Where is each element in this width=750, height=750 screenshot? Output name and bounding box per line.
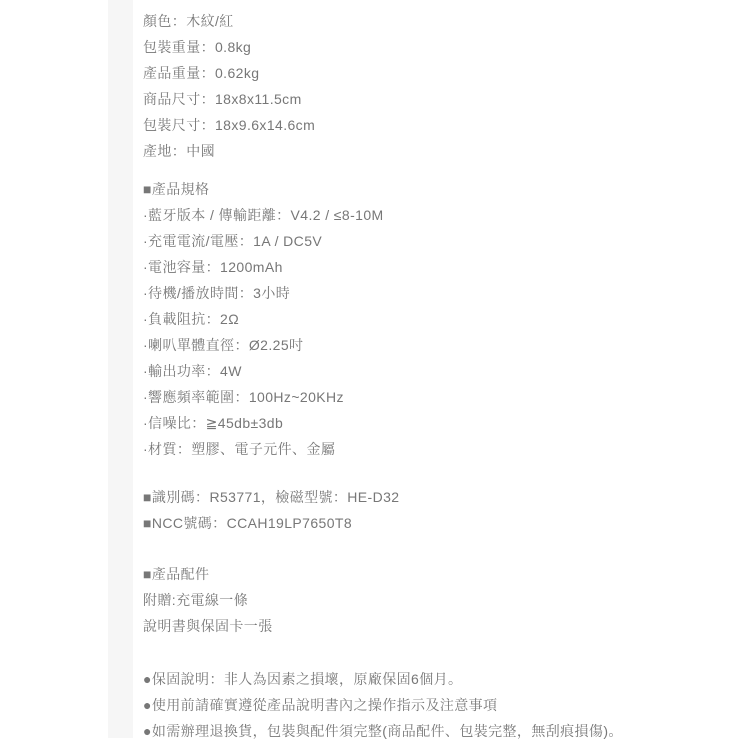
- id-code-line: ■識別碼：R53771，檢磁型號：HE-D32: [143, 484, 723, 510]
- accessory-bonus-line: 附贈:充電線一條: [143, 587, 723, 613]
- spec-item-impedance: ·負載阻抗：2Ω: [143, 306, 723, 332]
- spec-item-charging: ·充電電流/電壓：1A / DC5V: [143, 228, 723, 254]
- spec-item-playtime: ·待機/播放時間：3小時: [143, 280, 723, 306]
- notice-warranty-line: ●保固說明：非人為因素之損壞，原廠保固6個月。: [143, 666, 723, 692]
- spec-item-snr: ·信噪比：≧45db±3db: [143, 410, 723, 436]
- content-left-border-strip: [108, 0, 133, 738]
- product-description-content: 顏色：木紋/紅 包裝重量：0.8kg 產品重量：0.62kg 商品尺寸：18x8…: [143, 8, 723, 744]
- package-weight-line: 包裝重量：0.8kg: [143, 34, 723, 60]
- product-description-page: 顏色：木紋/紅 包裝重量：0.8kg 產品重量：0.62kg 商品尺寸：18x8…: [0, 0, 750, 750]
- product-size-line: 商品尺寸：18x8x11.5cm: [143, 86, 723, 112]
- spec-item-material: ·材質：塑膠、電子元件、金屬: [143, 436, 723, 462]
- accessories-section-header: ■產品配件: [143, 561, 723, 587]
- specs-section-header: ■產品規格: [143, 176, 723, 202]
- spec-item-output-power: ·輸出功率：4W: [143, 358, 723, 384]
- spec-item-battery: ·電池容量：1200mAh: [143, 254, 723, 280]
- notice-return-line: ●如需辦理退換貨，包裝與配件須完整(商品配件、包裝完整，無刮痕損傷)。: [143, 718, 723, 744]
- spec-item-frequency-range: ·響應頻率範圍：100Hz~20KHz: [143, 384, 723, 410]
- notice-usage-line: ●使用前請確實遵從產品說明書內之操作指示及注意事項: [143, 692, 723, 718]
- package-size-line: 包裝尺寸：18x9.6x14.6cm: [143, 112, 723, 138]
- spec-item-driver-diameter: ·喇叭單體直徑：Ø2.25吋: [143, 332, 723, 358]
- accessory-manual-line: 說明書與保固卡一張: [143, 613, 723, 639]
- spec-item-bluetooth: ·藍牙版本 / 傳輸距離：V4.2 / ≤8-10M: [143, 202, 723, 228]
- ncc-code-line: ■NCC號碼：CCAH19LP7650T8: [143, 510, 723, 536]
- origin-line: 產地：中國: [143, 138, 723, 164]
- product-weight-line: 產品重量：0.62kg: [143, 60, 723, 86]
- color-line: 顏色：木紋/紅: [143, 8, 723, 34]
